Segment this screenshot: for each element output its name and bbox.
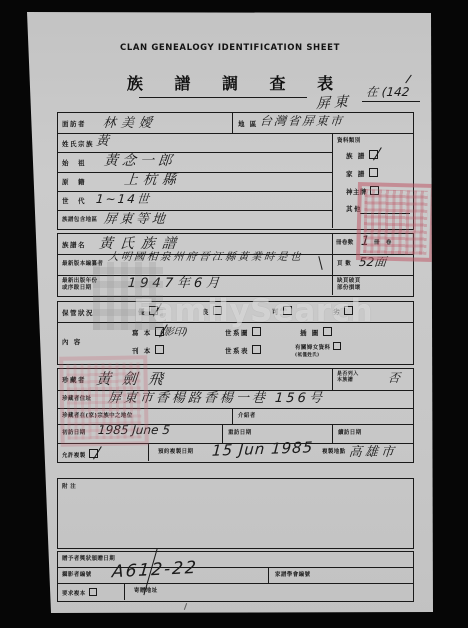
paper: CLAN GENEALOGY IDENTIFICATION SHEET 族 譜 …	[0, 0, 468, 628]
seal-script	[363, 189, 428, 255]
copy-place-value: 高雄市	[348, 441, 398, 460]
listed-label: 是否列入 本族譜	[337, 372, 359, 383]
pen-smudge	[184, 603, 187, 610]
column-divider	[332, 424, 333, 443]
column-divider	[332, 368, 333, 390]
row-divider	[57, 567, 413, 568]
annotation-place: 屏東	[316, 91, 352, 114]
second-visit-label: 重訪日期	[228, 430, 252, 437]
generations-label: 世 代	[62, 196, 86, 205]
material-option-family: 家 譜	[346, 168, 378, 178]
generations-value: 1~14世	[95, 190, 151, 207]
damage-label: 缺頁破頁 部份損壞	[337, 278, 361, 291]
coverage-area-label: 族譜包含地區	[62, 217, 97, 224]
column-divider	[222, 424, 223, 443]
option-label: 家 譜	[346, 170, 366, 178]
seal-script	[66, 362, 141, 439]
sheet-header-english: CLAN GENEALOGY IDENTIFICATION SHEET	[30, 43, 430, 53]
interviewer-label: 面訪者	[62, 119, 86, 128]
annotation-code: 在 (142	[365, 83, 410, 100]
scanned-genealogy-sheet: CLAN GENEALOGY IDENTIFICATION SHEET 族 譜 …	[0, 0, 468, 628]
coverage-area-value: 屏東等地	[103, 208, 169, 227]
followup-visit-label: 續訪日期	[338, 430, 362, 437]
option-label: 世系表	[225, 347, 249, 355]
option-label: 插 圖	[300, 329, 320, 337]
first-ancestor-label: 始 祖	[62, 158, 86, 167]
publish-date-label-line2: 或序跋日期	[62, 285, 92, 291]
column-divider	[232, 408, 233, 424]
clan-surname-label: 姓氏宗族	[62, 139, 94, 148]
photographer-no-label: 攝影者編號	[62, 572, 92, 579]
genealogy-title-label: 族譜名	[62, 240, 86, 249]
column-divider	[232, 112, 233, 133]
column-divider	[124, 583, 125, 600]
request-copy: 要求複本	[62, 588, 97, 598]
region-value: 台灣省屏東市	[259, 112, 345, 129]
content-lineage-table: 世系表	[225, 345, 261, 355]
content-printed: 刊 本	[132, 345, 164, 355]
material-option-genealogy: 族 譜	[346, 150, 378, 160]
request-copy-label: 要求複本	[62, 591, 86, 597]
mailing-address-label: 寄贈地址	[134, 588, 158, 595]
red-seal-stamp-faint	[59, 355, 149, 447]
clan-surname-value: 黃	[95, 130, 110, 149]
native-place-value: 上杭縣	[123, 169, 182, 189]
volumes-label: 冊卷數	[336, 240, 354, 247]
table-notes	[57, 478, 414, 549]
content-label: 內 容	[62, 337, 82, 346]
copy-place-label: 複製地點	[322, 449, 346, 456]
checkbox-printed	[155, 345, 164, 354]
copy-permission-label: 允許複製	[62, 453, 86, 459]
row-divider	[57, 583, 413, 584]
copy-date-label: 預約複製日期	[158, 449, 193, 456]
listed-value: 否	[387, 369, 401, 386]
column-divider	[332, 233, 333, 295]
pages-label: 頁 數	[337, 261, 351, 268]
familysearch-watermark: FamilySearch	[133, 293, 373, 329]
listed-label-line2: 本族譜	[337, 377, 353, 383]
region-label: 地 區	[238, 119, 258, 128]
option-label: 世系圖	[225, 329, 249, 337]
column-divider	[148, 443, 149, 461]
interviewer-value: 林美嬡	[102, 112, 158, 131]
option-label: 有關婦女資料	[295, 345, 330, 351]
notes-label: 附 注	[62, 484, 76, 491]
annotation-underline	[362, 101, 420, 102]
checkbox-women-data	[333, 342, 341, 350]
material-type-label: 資料類別	[337, 138, 361, 145]
option-label: 寫 本	[132, 329, 152, 337]
women-data-subnote: (祗僅姓氏)	[295, 353, 320, 358]
checkbox-lineage-table	[252, 345, 261, 354]
checkbox-clan-genealogy	[369, 150, 378, 159]
checkbox-family-genealogy	[369, 168, 378, 177]
checkbox-request-copy	[89, 588, 97, 596]
row-divider	[57, 210, 332, 211]
option-label: 族 譜	[346, 152, 366, 160]
copy-date-value: 15 Jun 1985	[211, 438, 313, 460]
row-divider	[57, 172, 332, 173]
first-ancestor-value: 黃念一郎	[103, 150, 177, 170]
damage-label-line1: 缺頁破頁	[337, 278, 361, 284]
award-date-label: 贈予者獎狀頒贈日期	[62, 556, 115, 563]
red-seal-stamp	[356, 182, 435, 262]
column-divider	[268, 567, 269, 583]
row-divider	[57, 152, 332, 153]
row-divider	[57, 133, 413, 134]
option-label: 刊 本	[132, 347, 152, 355]
damage-label-line2: 部份損壞	[337, 285, 361, 291]
native-place-label: 原 籍	[62, 177, 86, 186]
column-divider	[332, 133, 333, 228]
copy-permission: 允許複製	[62, 449, 98, 460]
introducer-label: 介紹者	[238, 413, 256, 420]
checkbox-copy-permission	[89, 449, 98, 458]
content-women-data: 有關婦女資料 (祗僅姓氏)	[295, 342, 341, 359]
title-underline	[139, 97, 307, 98]
condition-label: 保管狀況	[62, 308, 94, 317]
society-no-label: 家譜學會編號	[275, 572, 310, 579]
